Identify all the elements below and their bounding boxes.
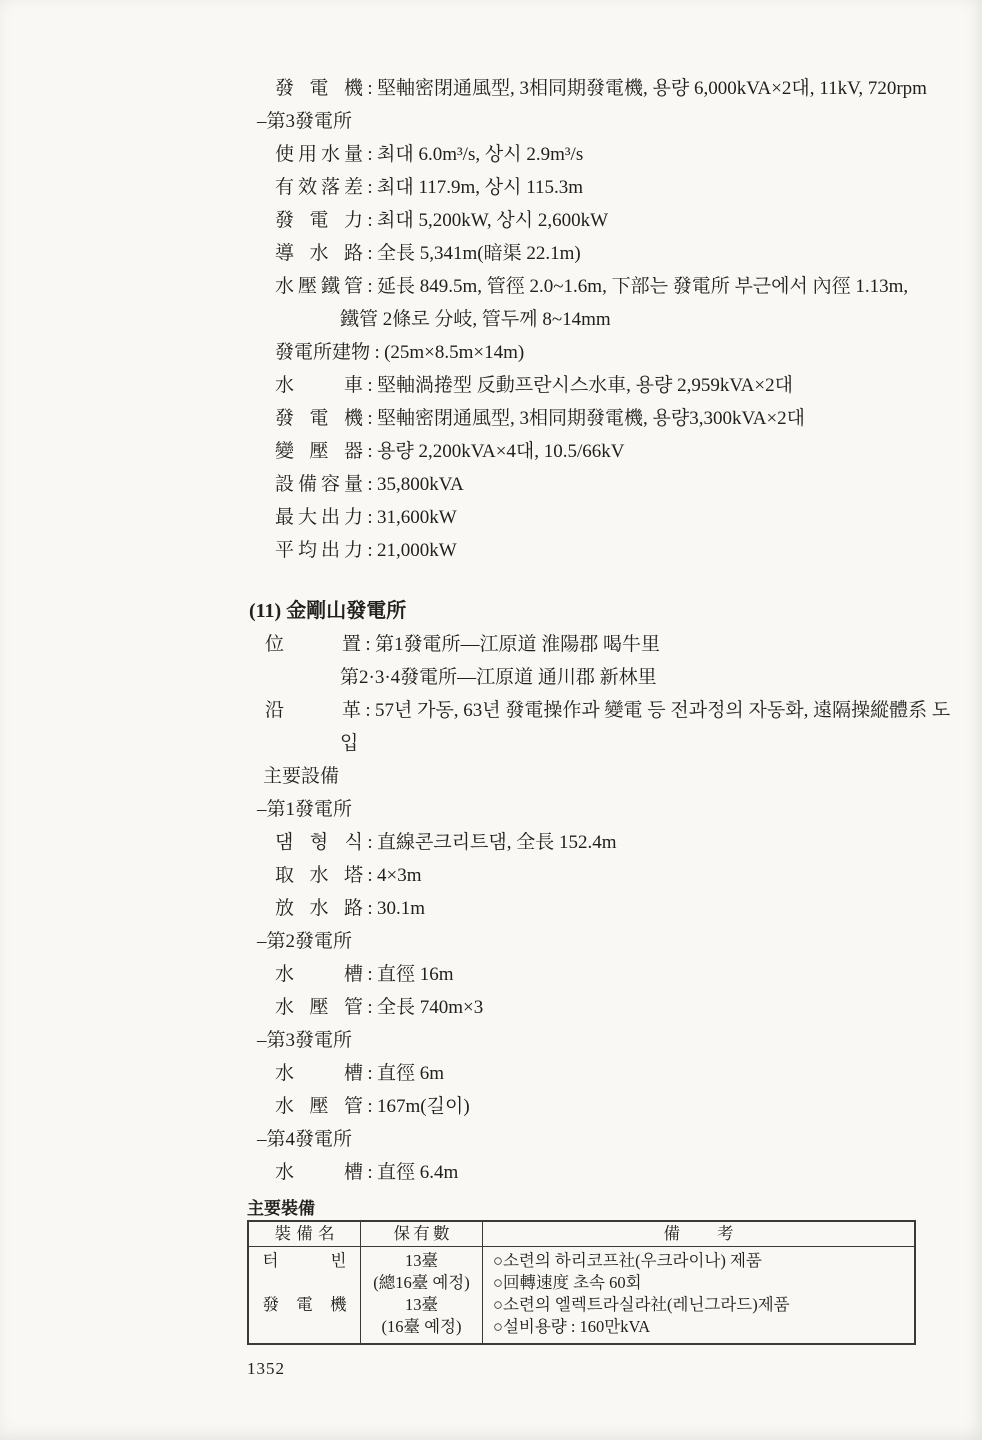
section-heading-kumgangsan: (11) 金剛山發電所 bbox=[0, 595, 982, 628]
entry-value: 直徑 6m bbox=[377, 1057, 444, 1090]
entry-label: 有效落差 bbox=[275, 171, 363, 204]
entry-dam-type: 댐형식:直線콘크리트댐, 全長 152.4m bbox=[0, 826, 982, 859]
entry-history: 沿革:57년 가동, 63년 發電操作과 變電 등 전과정의 자동화, 遠隔操縱… bbox=[0, 694, 982, 727]
heading-main-facilities: 主要設備 bbox=[0, 760, 982, 793]
entry-value: 堅軸渦捲型 反動프란시스水車, 용량 2,959kVA×2대 bbox=[377, 369, 793, 402]
colon: : bbox=[363, 1057, 377, 1090]
colon: : bbox=[363, 270, 377, 303]
entry-label: 水壓鐵管 bbox=[275, 270, 363, 303]
colon: : bbox=[363, 534, 377, 567]
entry-value: 30.1m bbox=[377, 892, 425, 925]
entry-label: 使用水量 bbox=[275, 138, 363, 171]
entry-headrace: 導水路:全長 5,341m(暗渠 22.1m) bbox=[0, 237, 982, 270]
entry-location: 位置:第1發電所—江原道 淮陽郡 喝牛里 bbox=[0, 628, 982, 661]
colon: : bbox=[363, 892, 377, 925]
entry-label: 發電機 bbox=[275, 72, 363, 105]
header-name-text: 裝備名 bbox=[275, 1222, 335, 1246]
entry-value: 第1發電所—江原道 淮陽郡 喝牛里 bbox=[375, 628, 660, 661]
colon: : bbox=[363, 138, 377, 171]
entry-value: 堅軸密閉通風型, 3相同期發電機, 용량 6,000kVA×2대, 11kV, … bbox=[377, 72, 927, 105]
entry-penstock-st2: 水壓管:全長 740m×3 bbox=[0, 991, 982, 1024]
entry-label: 發電機 bbox=[275, 402, 363, 435]
colon: : bbox=[363, 859, 377, 892]
entry-label: 水槽 bbox=[275, 1057, 363, 1090]
colon: : bbox=[361, 694, 375, 727]
entry-label: 發電力 bbox=[275, 204, 363, 237]
column-count: 13臺 (總16臺 예정) 13臺 (16臺 예정) bbox=[361, 1247, 483, 1343]
entry-installed-capacity: 設備容量:35,800kVA bbox=[0, 468, 982, 501]
header-remarks-text: 備考 bbox=[664, 1222, 734, 1246]
entry-value: 延長 849.5m, 管徑 2.0~1.6m, 下部는 發電所 부근에서 內徑 … bbox=[377, 270, 908, 303]
remark-turbine-1: ○소련의 하리코프社(우크라이나) 제품 bbox=[483, 1250, 914, 1272]
entry-label: 水壓管 bbox=[275, 991, 363, 1024]
page-number: 1352 bbox=[0, 1359, 982, 1379]
entry-value: 4×3m bbox=[377, 859, 422, 892]
colon: : bbox=[363, 1156, 377, 1189]
colon: : bbox=[370, 336, 384, 369]
equipment-name-turbine: 터빈 bbox=[249, 1250, 360, 1272]
entry-value: 최대 5,200kW, 상시 2,600kW bbox=[377, 204, 608, 237]
subheader-station-4: –第4發電所 bbox=[0, 1123, 982, 1156]
colon: : bbox=[363, 369, 377, 402]
entry-value: 直徑 16m bbox=[377, 958, 454, 991]
entry-label: 放水路 bbox=[275, 892, 363, 925]
equipment-table-header: 裝備名 保有數 備考 bbox=[249, 1222, 914, 1247]
header-cell-count: 保有數 bbox=[361, 1222, 483, 1246]
entry-label: 位置 bbox=[265, 628, 361, 661]
entry-label: 設備容量 bbox=[275, 468, 363, 501]
entry-label: 水壓管 bbox=[275, 1090, 363, 1123]
entry-value: 31,600kW bbox=[377, 501, 457, 534]
entry-label: 水槽 bbox=[275, 1156, 363, 1189]
document-page: 發電機:堅軸密閉通風型, 3相同期發電機, 용량 6,000kVA×2대, 11… bbox=[0, 0, 982, 1440]
colon: : bbox=[363, 826, 377, 859]
equipment-table-body: 터빈 發電機 13臺 (總16臺 예정) 13臺 (16臺 예정) ○소련의 하… bbox=[249, 1247, 914, 1343]
entry-location-continuation: 第2·3·4發電所—江原道 通川郡 新林里 bbox=[0, 661, 982, 694]
entry-history-continuation: 입 bbox=[0, 727, 982, 760]
entry-value: 167m(길이) bbox=[377, 1090, 470, 1123]
column-remarks: ○소련의 하리코프社(우크라이나) 제품 ○回轉速度 초속 60회 ○소련의 엘… bbox=[483, 1247, 914, 1343]
entry-label: 水槽 bbox=[275, 958, 363, 991]
remark-generator-2: ○설비용량 : 160만kVA bbox=[483, 1316, 914, 1338]
entry-label: 水車 bbox=[275, 369, 363, 402]
entry-label: 變壓器 bbox=[275, 435, 363, 468]
colon: : bbox=[363, 171, 377, 204]
colon: : bbox=[363, 501, 377, 534]
spacer bbox=[249, 1272, 360, 1294]
entry-power-output: 發電力:최대 5,200kW, 상시 2,600kW bbox=[0, 204, 982, 237]
entry-value: (25m×8.5m×14m) bbox=[384, 336, 524, 369]
colon: : bbox=[363, 991, 377, 1024]
entry-value: 최대 117.9m, 상시 115.3m bbox=[377, 171, 583, 204]
entry-label: 導水路 bbox=[275, 237, 363, 270]
colon: : bbox=[363, 402, 377, 435]
subheader-station-3: –第3發電所 bbox=[0, 105, 982, 138]
colon: : bbox=[363, 72, 377, 105]
entry-penstock-continuation: 鐵管 2條로 分岐, 管두께 8~14mm bbox=[0, 303, 982, 336]
count-turbine: 13臺 bbox=[361, 1250, 482, 1272]
entry-value: 용량 2,200kVA×4대, 10.5/66kV bbox=[377, 435, 625, 468]
entry-max-output: 最大出力:31,600kW bbox=[0, 501, 982, 534]
colon: : bbox=[363, 958, 377, 991]
entry-label: 發電所建物 bbox=[275, 336, 370, 369]
entry-label: 沿革 bbox=[265, 694, 361, 727]
equipment-table: 裝備名 保有數 備考 터빈 發電機 13臺 (總16臺 예정) 13臺 (16臺… bbox=[247, 1220, 916, 1345]
page-content: 發電機:堅軸密閉通風型, 3相同期發電機, 용량 6,000kVA×2대, 11… bbox=[0, 0, 982, 1379]
header-count-text: 保有數 bbox=[394, 1222, 450, 1246]
colon: : bbox=[363, 204, 377, 237]
subheader-station-2: –第2發電所 bbox=[0, 925, 982, 958]
entry-label: 댐형식 bbox=[275, 826, 363, 859]
remark-turbine-2: ○回轉速度 초속 60회 bbox=[483, 1272, 914, 1294]
entry-value: 최대 6.0m³/s, 상시 2.9m³/s bbox=[377, 138, 583, 171]
entry-value: 57년 가동, 63년 發電操作과 變電 등 전과정의 자동화, 遠隔操縱體系 … bbox=[375, 694, 950, 727]
subheader-station-3b: –第3發電所 bbox=[0, 1024, 982, 1057]
entry-label: 平均出力 bbox=[275, 534, 363, 567]
colon: : bbox=[363, 1090, 377, 1123]
subheader-station-1: –第1發電所 bbox=[0, 793, 982, 826]
heading-main-equipment: 主要裝備 bbox=[0, 1198, 982, 1220]
header-cell-remarks: 備考 bbox=[483, 1222, 914, 1246]
entry-tailrace: 放水路:30.1m bbox=[0, 892, 982, 925]
entry-value: 35,800kVA bbox=[377, 468, 464, 501]
colon: : bbox=[363, 435, 377, 468]
equipment-name-generator: 發電機 bbox=[249, 1294, 360, 1316]
entry-label: 取水塔 bbox=[275, 859, 363, 892]
count-turbine-note: (總16臺 예정) bbox=[361, 1272, 482, 1294]
count-generator-note: (16臺 예정) bbox=[361, 1316, 482, 1338]
entry-building: 發電所建物:(25m×8.5m×14m) bbox=[0, 336, 982, 369]
count-generator: 13臺 bbox=[361, 1294, 482, 1316]
colon: : bbox=[361, 628, 375, 661]
entry-value: 全長 740m×3 bbox=[377, 991, 483, 1024]
entry-value: 21,000kW bbox=[377, 534, 457, 567]
remark-generator-1: ○소련의 엘렉트라실라社(레닌그라드)제품 bbox=[483, 1294, 914, 1316]
entry-transformer: 變壓器:용량 2,200kVA×4대, 10.5/66kV bbox=[0, 435, 982, 468]
colon: : bbox=[363, 468, 377, 501]
heading-main-facilities-text: 主要設備 bbox=[263, 760, 335, 793]
entry-value: 直線콘크리트댐, 全長 152.4m bbox=[377, 826, 617, 859]
entry-generator-2: 發電機:堅軸密閉通風型, 3相同期發電機, 용량3,300kVA×2대 bbox=[0, 402, 982, 435]
entry-label: 最大出力 bbox=[275, 501, 363, 534]
entry-value: 堅軸密閉通風型, 3相同期發電機, 용량3,300kVA×2대 bbox=[377, 402, 805, 435]
entry-water-usage: 使用水量:최대 6.0m³/s, 상시 2.9m³/s bbox=[0, 138, 982, 171]
colon: : bbox=[363, 237, 377, 270]
entry-intake-tower: 取水塔:4×3m bbox=[0, 859, 982, 892]
entry-avg-output: 平均出力:21,000kW bbox=[0, 534, 982, 567]
entry-penstock: 水壓鐵管:延長 849.5m, 管徑 2.0~1.6m, 下部는 發電所 부근에… bbox=[0, 270, 982, 303]
entry-tank-st3: 水槽:直徑 6m bbox=[0, 1057, 982, 1090]
entry-generator-1: 發電機:堅軸密閉通風型, 3相同期發電機, 용량 6,000kVA×2대, 11… bbox=[0, 72, 982, 105]
spacer bbox=[249, 1316, 360, 1338]
column-equipment-name: 터빈 發電機 bbox=[249, 1247, 361, 1343]
entry-tank-st2: 水槽:直徑 16m bbox=[0, 958, 982, 991]
header-cell-name: 裝備名 bbox=[249, 1222, 361, 1246]
entry-tank-st4: 水槽:直徑 6.4m bbox=[0, 1156, 982, 1189]
entry-value: 全長 5,341m(暗渠 22.1m) bbox=[377, 237, 581, 270]
entry-value: 直徑 6.4m bbox=[377, 1156, 458, 1189]
entry-penstock-st3: 水壓管:167m(길이) bbox=[0, 1090, 982, 1123]
entry-water-turbine: 水車:堅軸渦捲型 反動프란시스水車, 용량 2,959kVA×2대 bbox=[0, 369, 982, 402]
entry-effective-head: 有效落差:최대 117.9m, 상시 115.3m bbox=[0, 171, 982, 204]
